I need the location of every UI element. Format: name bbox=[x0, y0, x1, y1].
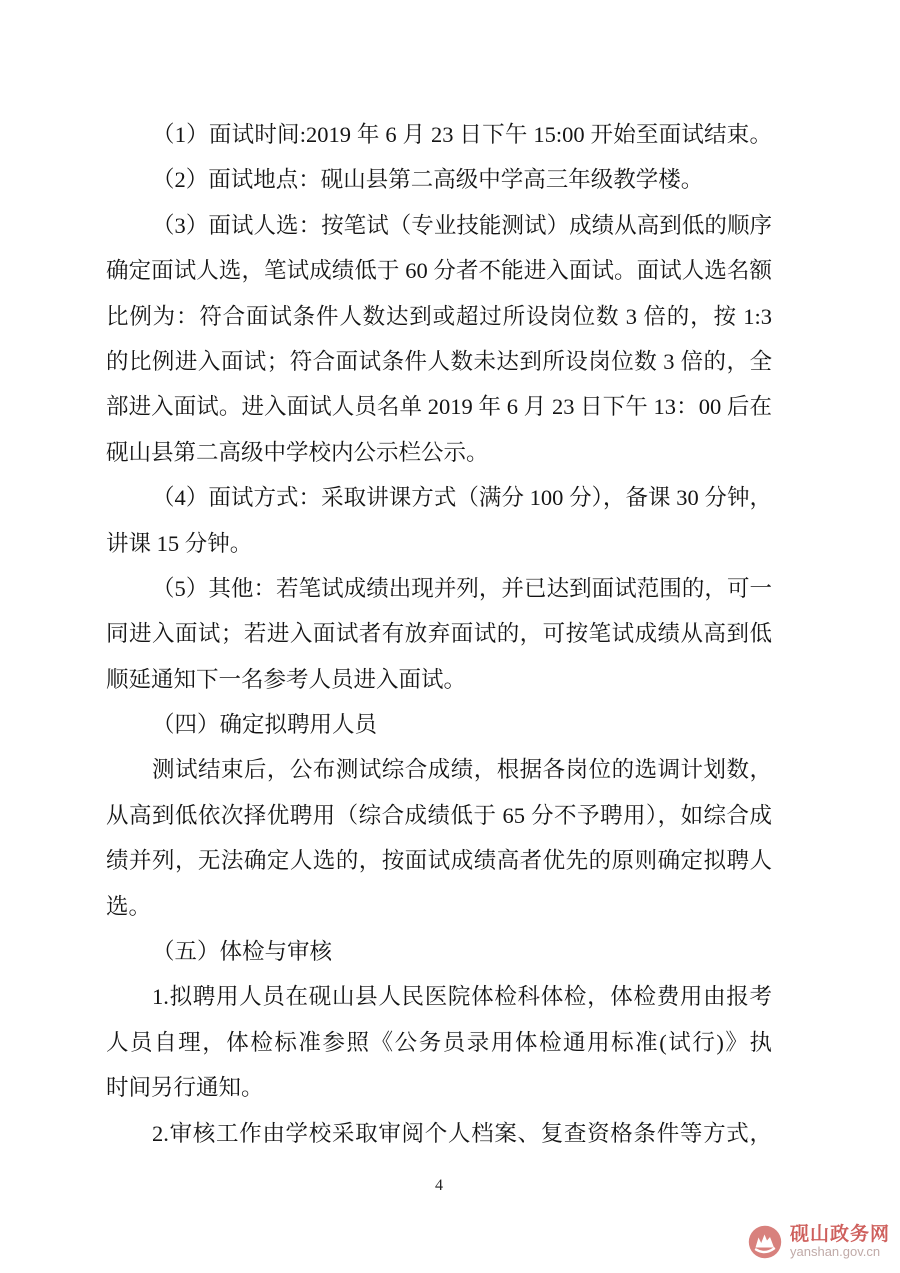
text-line: 同进入面试；若进入面试者有放弃面试的，可按笔试成绩从高到低 bbox=[106, 611, 772, 656]
section-heading: （四）确定拟聘用人员 bbox=[106, 702, 772, 747]
site-logo-text: 砚山政务网 yanshan.gov.cn bbox=[790, 1224, 890, 1259]
text-line: 从高到低依次择优聘用（综合成绩低于 65 分不予聘用），如综合成 bbox=[106, 793, 772, 838]
text-line: 时间另行通知。 bbox=[106, 1065, 772, 1110]
document-page: （1）面试时间:2019 年 6 月 23 日下午 15:00 开始至面试结束。… bbox=[0, 0, 900, 1273]
document-body: （1）面试时间:2019 年 6 月 23 日下午 15:00 开始至面试结束。… bbox=[106, 112, 772, 1156]
text-line: 选。 bbox=[106, 884, 772, 929]
text-line: （1）面试时间:2019 年 6 月 23 日下午 15:00 开始至面试结束。 bbox=[106, 112, 772, 157]
site-url: yanshan.gov.cn bbox=[790, 1245, 890, 1259]
text-line: 的比例进入面试；符合面试条件人数未达到所设岗位数 3 倍的，全 bbox=[106, 339, 772, 384]
text-line: 部进入面试。进入面试人员名单 2019 年 6 月 23 日下午 13：00 后… bbox=[106, 384, 772, 429]
text-line: （3）面试人选：按笔试（专业技能测试）成绩从高到低的顺序 bbox=[106, 203, 772, 248]
mountain-logo-icon bbox=[748, 1225, 782, 1259]
text-line: 讲课 15 分钟。 bbox=[106, 521, 772, 566]
text-line: （4）面试方式：采取讲课方式（满分 100 分），备课 30 分钟， bbox=[106, 475, 772, 520]
text-line: 确定面试人选，笔试成绩低于 60 分者不能进入面试。面试人选名额 bbox=[106, 248, 772, 293]
site-logo: 砚山政务网 yanshan.gov.cn bbox=[748, 1224, 890, 1259]
text-line: （2）面试地点：砚山县第二高级中学高三年级教学楼。 bbox=[106, 157, 772, 202]
text-line: （5）其他：若笔试成绩出现并列，并已达到面试范围的，可一 bbox=[106, 566, 772, 611]
page-number: 4 bbox=[106, 1174, 772, 1198]
text-line: 绩并列，无法确定人选的，按面试成绩高者优先的原则确定拟聘人 bbox=[106, 838, 772, 883]
text-line: 人员自理，体检标准参照《公务员录用体检通用标准(试行)》执行， bbox=[106, 1020, 772, 1065]
text-line: 测试结束后，公布测试综合成绩，根据各岗位的选调计划数， bbox=[106, 747, 772, 792]
site-name: 砚山政务网 bbox=[790, 1224, 890, 1245]
text-line: 1.拟聘用人员在砚山县人民医院体检科体检，体检费用由报考 bbox=[106, 974, 772, 1019]
text-line: 砚山县第二高级中学校内公示栏公示。 bbox=[106, 430, 772, 475]
text-line: 顺延通知下一名参考人员进入面试。 bbox=[106, 657, 772, 702]
text-line: 比例为：符合面试条件人数达到或超过所设岗位数 3 倍的，按 1:3 bbox=[106, 294, 772, 339]
text-line: 2.审核工作由学校采取审阅个人档案、复查资格条件等方式， bbox=[106, 1111, 772, 1156]
section-heading: （五）体检与审核 bbox=[106, 929, 772, 974]
